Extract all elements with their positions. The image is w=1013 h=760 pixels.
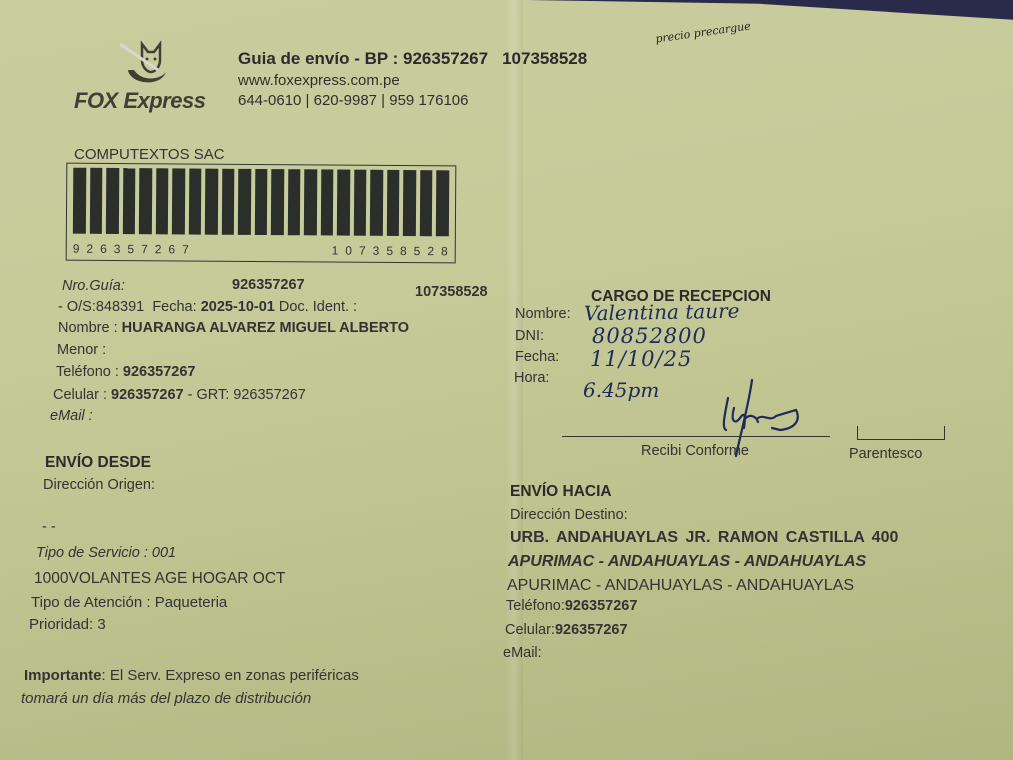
sender-phone: 926357267	[123, 364, 196, 380]
barcode-right-digits: 107358528	[332, 243, 455, 258]
receipt-name-handwritten: Valentina taure	[584, 299, 740, 326]
sender-cell: 926357267	[111, 387, 184, 403]
important-notice-line2: tomará un día más del plazo de distribuc…	[21, 690, 311, 707]
destination-phone-label: Teléfono:	[506, 598, 565, 614]
signature-line	[562, 436, 830, 437]
attention-type: Tipo de Atención : Paqueteria	[31, 594, 227, 611]
barcode-left-digits: 926357267	[73, 242, 196, 257]
destination-email-label: eMail:	[503, 645, 542, 661]
grt-number: - GRT: 926357267	[188, 387, 306, 403]
relationship-box	[857, 426, 945, 440]
guide-secondary-number: 107358528	[415, 284, 488, 300]
destination-address-line3: APURIMAC - ANDAHUAYLAS - ANDAHUAYLAS	[507, 577, 854, 595]
relationship-label: Parentesco	[849, 446, 922, 462]
os-date-row: - O/S:848391 Fecha: 2025-10-01 Doc. Iden…	[58, 299, 357, 315]
destination-cell-label: Celular:	[505, 622, 555, 638]
sender-phone-label: Teléfono :	[56, 364, 119, 380]
sender-name-label: Nombre :	[58, 320, 118, 336]
receipt-dni-handwritten: 80852800	[592, 324, 707, 348]
origin-heading: ENVÍO DESDE	[45, 454, 151, 472]
guide-title-secondary: 107358528	[502, 49, 587, 68]
sender-name-row: Nombre : HUARANGA ALVAREZ MIGUEL ALBERTO	[58, 320, 409, 336]
sender-cell-label: Celular :	[53, 387, 107, 403]
destination-phone-row: Teléfono:926357267	[506, 598, 637, 614]
contact-phones: 644-0610 | 620-9987 | 959 176106	[238, 92, 469, 109]
destination-cell-row: Celular:926357267	[505, 622, 628, 638]
barcode: 926357267 107358528	[66, 163, 457, 264]
sender-phone-row: Teléfono : 926357267	[56, 364, 196, 380]
company-name: COMPUTEXTOS SAC	[74, 146, 225, 163]
sender-name: HUARANGA ALVAREZ MIGUEL ALBERTO	[122, 320, 409, 336]
destination-heading: ENVÍO HACIA	[510, 483, 612, 501]
fox-express-logo: FOX Express	[72, 38, 222, 118]
service-description: 1000VOLANTES AGE HOGAR OCT	[34, 570, 286, 588]
receipt-name-label: Nombre:	[515, 306, 571, 322]
receipt-date-handwritten: 11/10/25	[590, 347, 692, 371]
doc-ident-label: Doc. Ident. :	[279, 299, 357, 315]
guide-number-label: Nro.Guía:	[62, 278, 125, 294]
sender-email-label: eMail :	[50, 408, 93, 424]
destination-cell: 926357267	[555, 622, 628, 638]
notice-text-1: : El Serv. Expreso en zonas periféricas	[102, 667, 359, 684]
fox-icon	[120, 40, 176, 88]
receipt-time-handwritten: 6.45pm	[583, 378, 659, 402]
guide-title-main: Guia de envío - BP : 926357267	[238, 49, 488, 68]
signature-label: Recibi Conforme	[641, 443, 749, 459]
logo-text: FOX Express	[74, 88, 205, 114]
important-notice-line1: Importante: El Serv. Expreso en zonas pe…	[24, 667, 359, 684]
minor-label: Menor :	[57, 342, 106, 358]
website-link[interactable]: www.foxexpress.com.pe	[238, 72, 400, 89]
barcode-bars	[73, 168, 449, 237]
guide-title: Guia de envío - BP : 926357267107358528	[238, 49, 587, 69]
destination-address-line1: URB. ANDAHUAYLAS JR. RAMON CASTILLA 400	[510, 529, 898, 547]
receipt-time-label: Hora:	[514, 370, 549, 386]
important-label: Importante	[24, 667, 102, 684]
receipt-dni-label: DNI:	[515, 328, 544, 344]
service-type: Tipo de Servicio : 001	[36, 545, 176, 561]
receipt-date-label: Fecha:	[515, 349, 559, 365]
date-value: 2025-10-01	[201, 299, 275, 315]
destination-phone: 926357267	[565, 598, 638, 614]
os-number: - O/S:848391	[58, 299, 144, 315]
origin-address-label: Dirección Origen:	[43, 477, 155, 493]
origin-address-value: - -	[42, 519, 56, 535]
destination-address-line2: APURIMAC - ANDAHUAYLAS - ANDAHUAYLAS	[508, 553, 866, 571]
sender-cell-row: Celular : 926357267 - GRT: 926357267	[53, 387, 306, 403]
date-label: Fecha:	[152, 299, 196, 315]
priority: Prioridad: 3	[29, 616, 106, 633]
destination-address-label: Dirección Destino:	[510, 507, 628, 523]
guide-number: 926357267	[232, 277, 305, 293]
